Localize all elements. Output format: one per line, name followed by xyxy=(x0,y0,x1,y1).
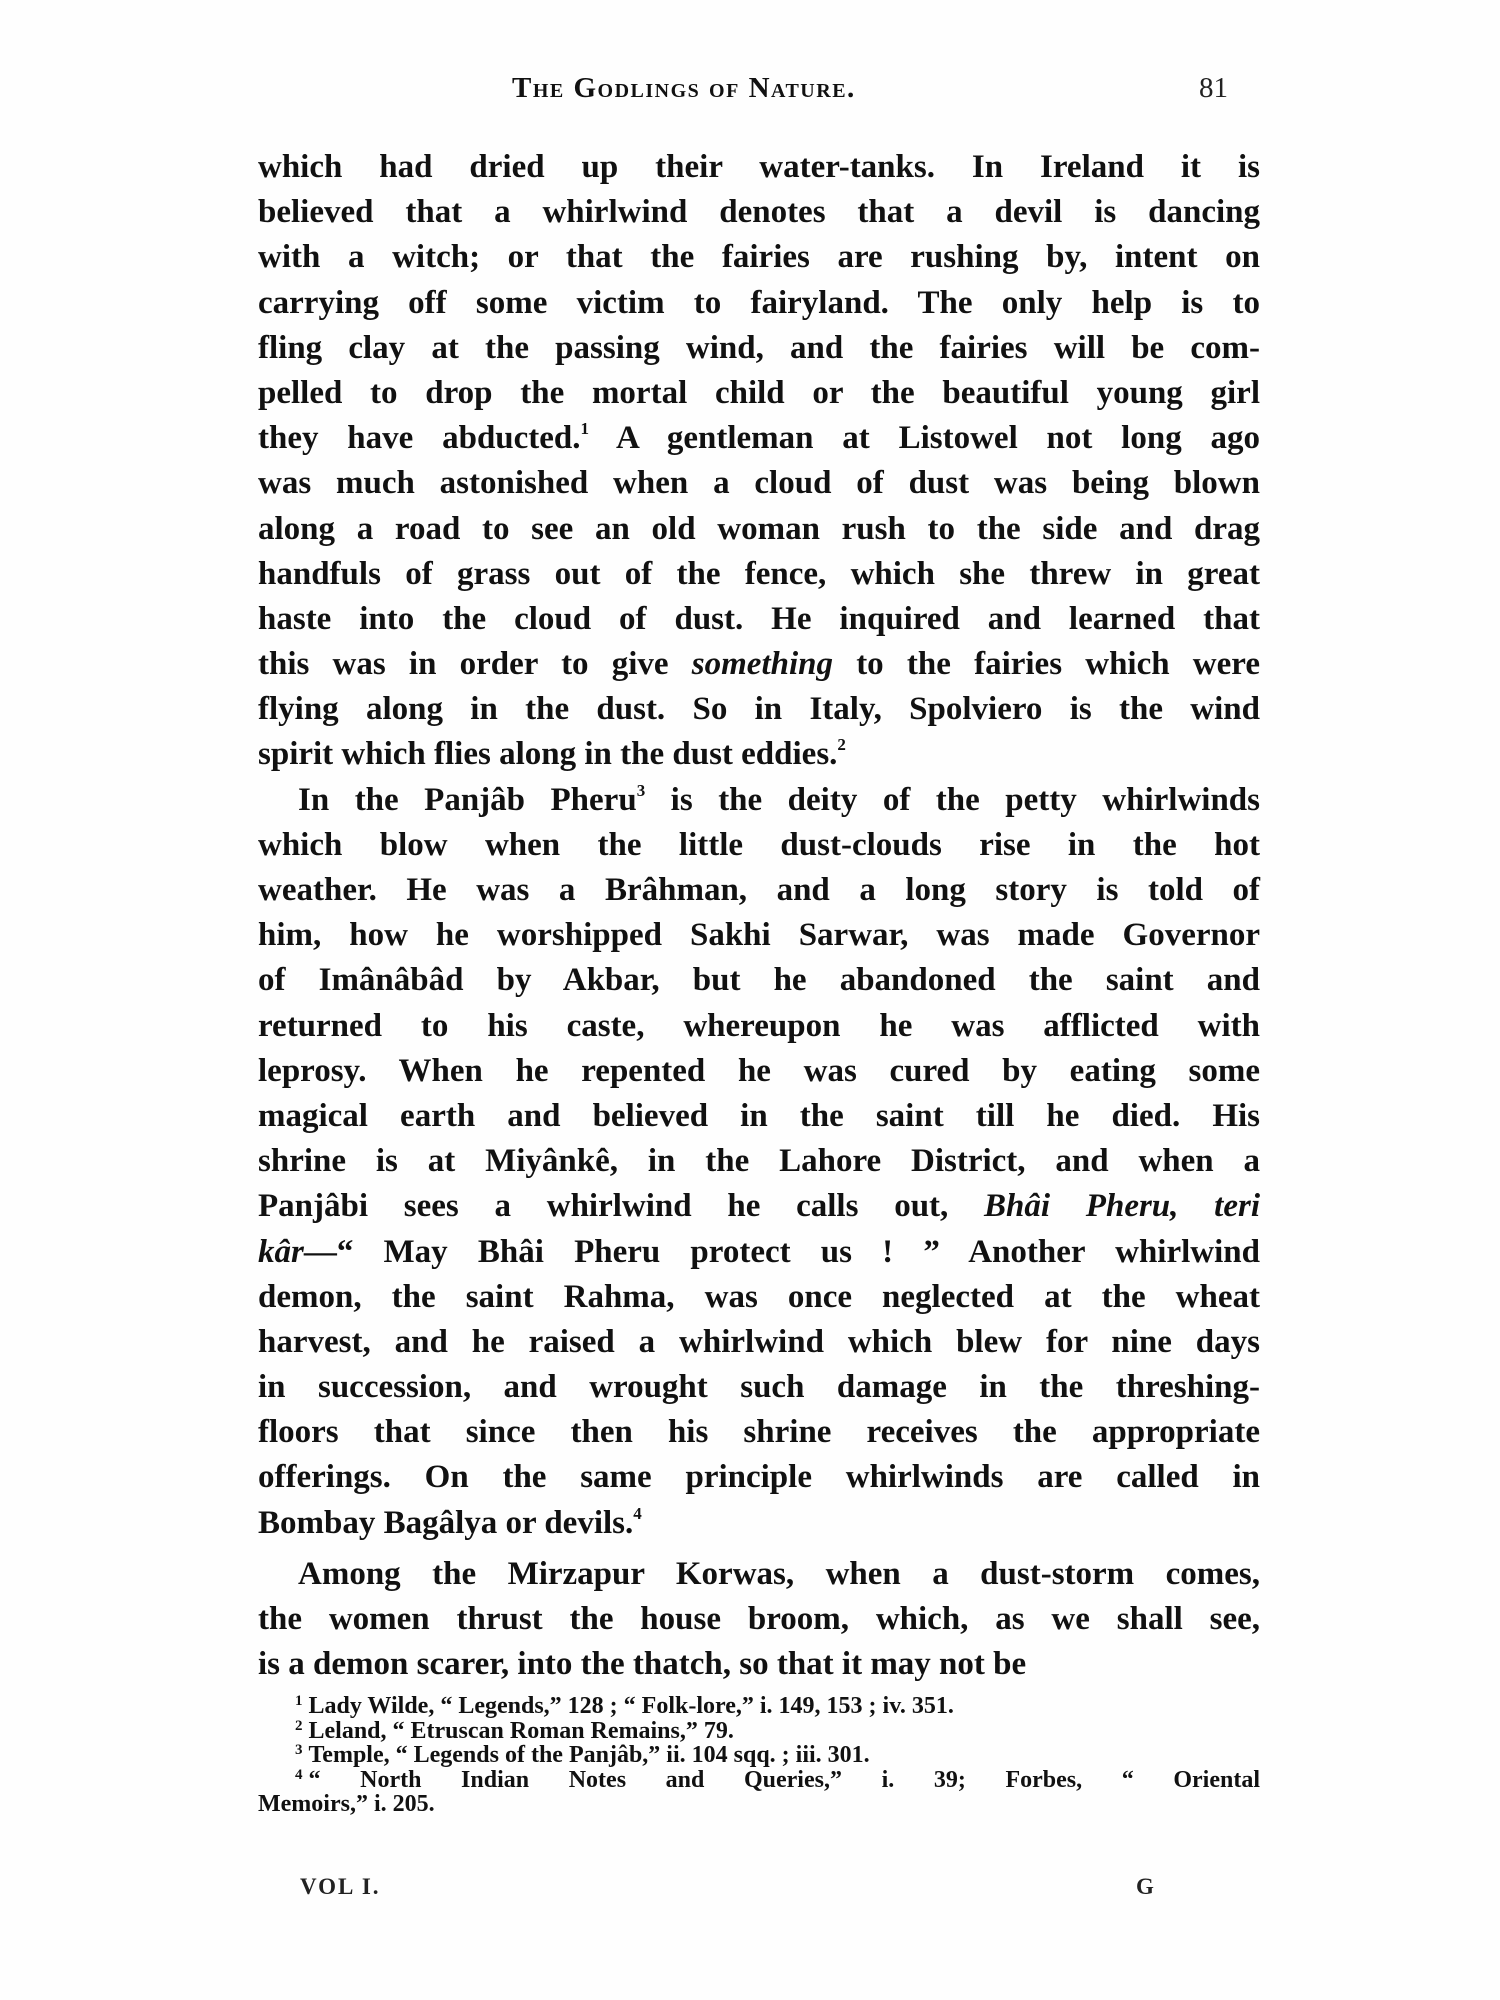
body-line: with a witch; or that the fairies are ru… xyxy=(258,235,1260,280)
footnote-text: Temple, “ Legends of the Panjâb,” ii. 10… xyxy=(309,1742,870,1768)
body-line: harvest, and he raised a whirlwind which… xyxy=(258,1320,1260,1365)
footnotes: 1Lady Wilde, “ Legends,” 128 ; “ Folk-lo… xyxy=(258,1694,1260,1817)
line-text: him, how he worshipped Sakhi Sarwar, was… xyxy=(258,917,1260,953)
body-line: Among the Mirzapur Korwas, when a dust-s… xyxy=(258,1552,1260,1597)
body-line: weather. He was a Brâhman, and a long st… xyxy=(258,868,1260,913)
line-text: with a witch; or that the fairies are ru… xyxy=(258,239,1260,275)
line-text: of Imânâbâd by Akbar, but he abandoned t… xyxy=(258,962,1260,998)
footnote-1: 1Lady Wilde, “ Legends,” 128 ; “ Folk-lo… xyxy=(258,1694,1260,1719)
line-text: A gentleman at Listowel not long ago xyxy=(589,420,1260,456)
page-number: 81 xyxy=(1199,72,1228,105)
body-line: is a demon scarer, into the thatch, so t… xyxy=(258,1642,1260,1687)
line-text: In the Panjâb Pheru xyxy=(298,782,637,818)
body-line: magical earth and believed in the saint … xyxy=(258,1094,1260,1139)
body-line: Panjâbi sees a whirlwind he calls out, B… xyxy=(258,1184,1260,1229)
line-text: returned to his caste, whereupon he was … xyxy=(258,1008,1260,1044)
body-line: leprosy. When he repented he was cured b… xyxy=(258,1049,1260,1094)
footnote-text: Leland, “ Etruscan Roman Remains,” 79. xyxy=(309,1718,734,1744)
signature-mark: G xyxy=(1136,1874,1154,1900)
running-head-title: The Godlings of Nature. xyxy=(512,72,856,105)
italic-term: something xyxy=(692,646,833,682)
line-text: which had dried up their water-tanks. In… xyxy=(258,149,1260,185)
italic-term: Bhâi Pheru, teri xyxy=(984,1188,1260,1224)
body-line: which blow when the little dust-clouds r… xyxy=(258,823,1260,868)
body-line: floors that since then his shrine receiv… xyxy=(258,1410,1260,1455)
body-line: handfuls of grass out of the fence, whic… xyxy=(258,552,1260,597)
body-line: this was in order to give something to t… xyxy=(258,642,1260,687)
footnote-4: 4“ North Indian Notes and Queries,” i. 3… xyxy=(258,1768,1260,1793)
body-line: they have abducted.1 A gentleman at List… xyxy=(258,416,1260,461)
line-text: is a demon scarer, into the thatch, so t… xyxy=(258,1646,1026,1682)
footnote-number: 2 xyxy=(295,1718,303,1734)
line-text: handfuls of grass out of the fence, whic… xyxy=(258,556,1260,592)
body-line: which had dried up their water-tanks. In… xyxy=(258,145,1260,190)
body-line: fling clay at the passing wind, and the … xyxy=(258,326,1260,371)
body-line: him, how he worshipped Sakhi Sarwar, was… xyxy=(258,913,1260,958)
italic-term: kâr xyxy=(258,1234,304,1270)
line-text: magical earth and believed in the saint … xyxy=(258,1098,1260,1134)
footnote-number: 4 xyxy=(295,1767,303,1783)
line-text: haste into the cloud of dust. He inquire… xyxy=(258,601,1260,637)
line-text: Bombay Bagâlya or devils. xyxy=(258,1505,633,1541)
line-text: demon, the saint Rahma, was once neglect… xyxy=(258,1279,1260,1315)
line-text: is the deity of the petty whirlwinds xyxy=(645,782,1260,818)
line-text: believed that a whirlwind denotes that a… xyxy=(258,194,1260,230)
body-text: which had dried up their water-tanks. In… xyxy=(258,145,1260,1687)
footnote-ref[interactable]: 1 xyxy=(581,419,590,438)
footnote-text: “ North Indian Notes and Queries,” i. 39… xyxy=(309,1767,1261,1793)
signature-line: VOL I. G xyxy=(258,1874,1260,1904)
body-line: spirit which flies along in the dust edd… xyxy=(258,732,1260,777)
footnote-3: 3Temple, “ Legends of the Panjâb,” ii. 1… xyxy=(258,1743,1260,1768)
body-line: kâr—“ May Bhâi Pheru protect us ! ” Anot… xyxy=(258,1230,1260,1275)
line-text: weather. He was a Brâhman, and a long st… xyxy=(258,872,1260,908)
line-text: flying along in the dust. So in Italy, S… xyxy=(258,691,1260,727)
body-line: along a road to see an old woman rush to… xyxy=(258,507,1260,552)
line-text: this was in order to give xyxy=(258,646,692,682)
line-text: pelled to drop the mortal child or the b… xyxy=(258,375,1260,411)
line-text: was much astonished when a cloud of dust… xyxy=(258,465,1260,501)
line-text: along a road to see an old woman rush to… xyxy=(258,511,1260,547)
body-line: carrying off some victim to fairyland. T… xyxy=(258,281,1260,326)
body-line: in succession, and wrought such damage i… xyxy=(258,1365,1260,1410)
line-text: floors that since then his shrine receiv… xyxy=(258,1414,1260,1450)
body-line: believed that a whirlwind denotes that a… xyxy=(258,190,1260,235)
line-text: —“ May Bhâi Pheru protect us ! ” Another… xyxy=(304,1234,1260,1270)
footnote-number: 1 xyxy=(295,1693,303,1709)
line-text: spirit which flies along in the dust edd… xyxy=(258,736,837,772)
footnote-ref[interactable]: 4 xyxy=(633,1504,642,1523)
line-text: offerings. On the same principle whirlwi… xyxy=(258,1459,1260,1495)
line-text: carrying off some victim to fairyland. T… xyxy=(258,285,1260,321)
line-text: in succession, and wrought such damage i… xyxy=(258,1369,1260,1405)
footnote-2: 2Leland, “ Etruscan Roman Remains,” 79. xyxy=(258,1719,1260,1744)
line-text: shrine is at Miyânkê, in the Lahore Dist… xyxy=(258,1143,1260,1179)
body-line: Bombay Bagâlya or devils.4 xyxy=(258,1501,1260,1546)
footnote-number: 3 xyxy=(295,1742,303,1758)
body-line: of Imânâbâd by Akbar, but he abandoned t… xyxy=(258,958,1260,1003)
line-text: to the fairies which were xyxy=(833,646,1260,682)
volume-label: VOL I. xyxy=(300,1874,381,1900)
running-head: The Godlings of Nature. 81 xyxy=(258,72,1260,112)
body-line: returned to his caste, whereupon he was … xyxy=(258,1004,1260,1049)
line-text: fling clay at the passing wind, and the … xyxy=(258,330,1260,366)
footnote-ref[interactable]: 2 xyxy=(837,735,846,754)
line-text: they have abducted. xyxy=(258,420,581,456)
footnote-text: Lady Wilde, “ Legends,” 128 ; “ Folk-lor… xyxy=(309,1693,954,1719)
body-line: demon, the saint Rahma, was once neglect… xyxy=(258,1275,1260,1320)
body-line: haste into the cloud of dust. He inquire… xyxy=(258,597,1260,642)
footnote-continuation: Memoirs,” i. 205. xyxy=(258,1792,1260,1817)
line-text: the women thrust the house broom, which,… xyxy=(258,1601,1260,1637)
line-text: Panjâbi sees a whirlwind he calls out, xyxy=(258,1188,984,1224)
body-line: flying along in the dust. So in Italy, S… xyxy=(258,687,1260,732)
book-page: The Godlings of Nature. 81 which had dri… xyxy=(0,0,1500,2000)
body-line: In the Panjâb Pheru3 is the deity of the… xyxy=(258,778,1260,823)
body-line: offerings. On the same principle whirlwi… xyxy=(258,1455,1260,1500)
line-text: which blow when the little dust-clouds r… xyxy=(258,827,1260,863)
line-text: Among the Mirzapur Korwas, when a dust-s… xyxy=(298,1556,1260,1592)
body-line: pelled to drop the mortal child or the b… xyxy=(258,371,1260,416)
body-line: the women thrust the house broom, which,… xyxy=(258,1597,1260,1642)
body-line: shrine is at Miyânkê, in the Lahore Dist… xyxy=(258,1139,1260,1184)
line-text: harvest, and he raised a whirlwind which… xyxy=(258,1324,1260,1360)
body-line: was much astonished when a cloud of dust… xyxy=(258,461,1260,506)
line-text: leprosy. When he repented he was cured b… xyxy=(258,1053,1260,1089)
footnote-ref[interactable]: 3 xyxy=(637,781,646,800)
